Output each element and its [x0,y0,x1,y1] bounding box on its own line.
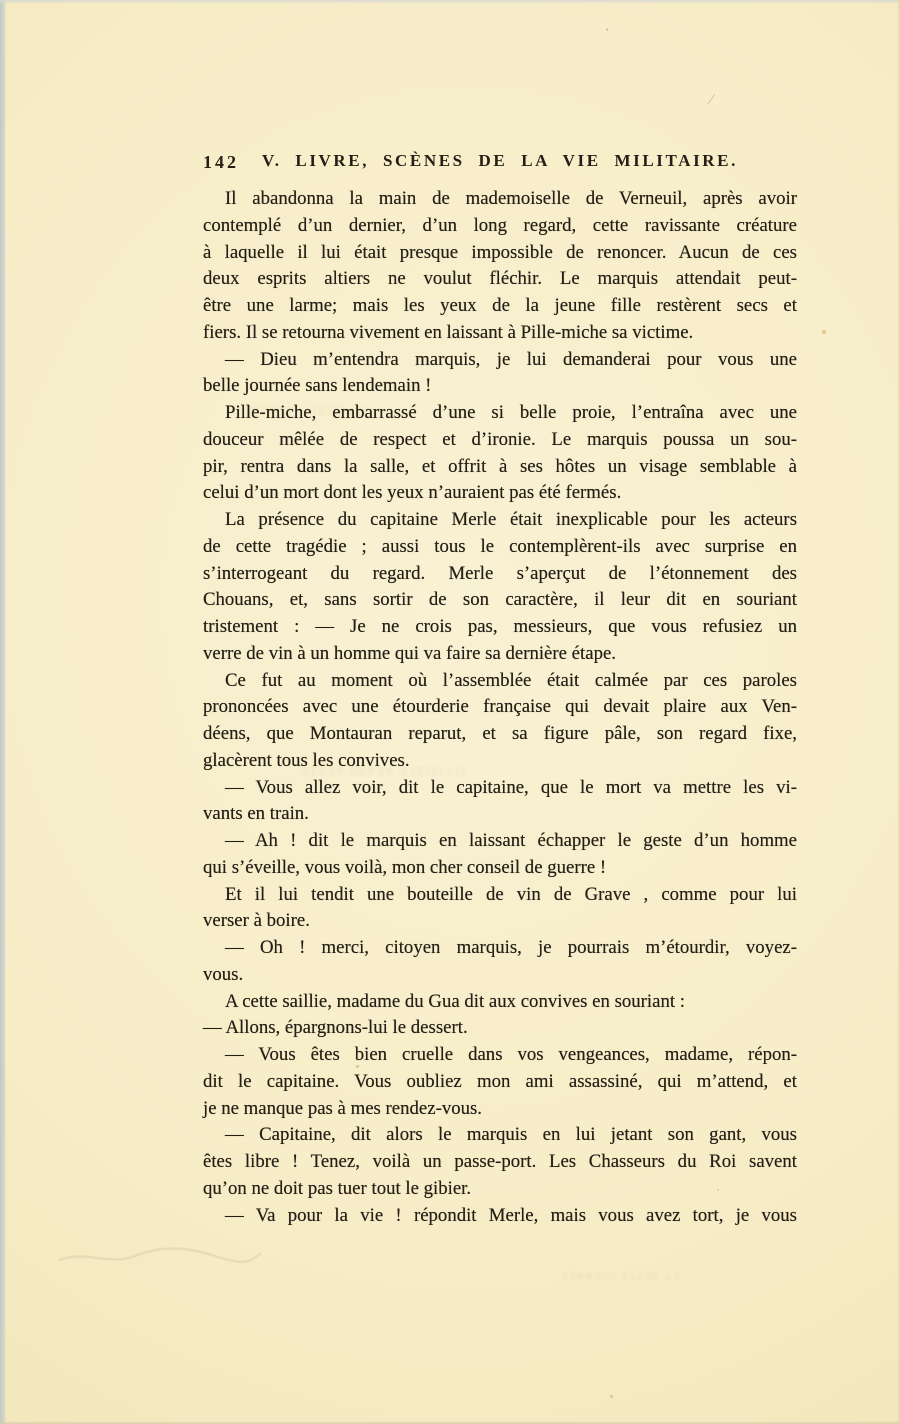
text-line: dit le capitaine. Vous oubliez mon ami a… [203,1069,797,1096]
text-line: Il abandonna la main de mademoiselle de … [203,186,797,213]
text-line: — Va pour la vie ! répondit Merle, mais … [203,1203,797,1230]
text-line: verre de vin à un homme qui va faire sa … [203,641,797,668]
text-line: — Vous êtes bien cruelle dans vos vengea… [203,1042,797,1069]
text-line: être une larme; mais les yeux de la jeun… [203,293,797,320]
text-line: vous. [203,962,797,989]
scan-edge-left [0,0,6,1424]
running-title: V. LIVRE, SCÈNES DE LA VIE MILITAIRE. [203,151,797,171]
text-line: celui d’un mort dont les yeux n’auraient… [203,480,797,507]
text-line: de cette tragédie ; aussi tous le contem… [203,534,797,561]
text-line: Et il lui tendit une bouteille de vin de… [203,882,797,909]
text-line: s’interrogeant du regard. Merle s’aperçu… [203,561,797,588]
text-line: glacèrent tous les convives. [203,748,797,775]
text-line: déens, que Montauran reparut, et sa figu… [203,721,797,748]
text-line: belle journée sans lendemain ! [203,373,797,400]
text-line: vants en train. [203,801,797,828]
ghost-scribble [55,1232,265,1272]
bleed-through-ghost: ʟᴀ ʙᴇʟʟᴇ ᴊᴏᴜʀɴᴇ́ᴇ [560,1268,679,1285]
text-line: La présence du capitaine Merle était ine… [203,507,797,534]
text-line: tristement : — Je ne crois pas, messieur… [203,614,797,641]
text-line: — Vous allez voir, dit le capitaine, que… [203,775,797,802]
pencil-mark: ʻ [605,24,609,40]
text-line: — Dieu m’entendra marquis, je lui demand… [203,347,797,374]
text-line: qu’on ne doit pas tuer tout le gibier. [203,1176,797,1203]
running-head: 142 V. LIVRE, SCÈNES DE LA VIE MILITAIRE… [203,151,797,177]
text-line: fiers. Il se retourna vivement en laissa… [203,320,797,347]
pencil-mark: ⁄ [710,92,713,109]
foxing-speck [610,1395,613,1398]
text-line: Ce fut au moment où l’assemblée était ca… [203,668,797,695]
text-line: prononcées avec une étourderie française… [203,694,797,721]
text-line: verser à boire. [203,908,797,935]
text-line: je ne manque pas à mes rendez-vous. [203,1096,797,1123]
text-line: — Oh ! merci, citoyen marquis, je pourra… [203,935,797,962]
text-line: Chouans, et, sans sortir de son caractèr… [203,587,797,614]
text-line: douceur mêlée de respect et d’ironie. Le… [203,427,797,454]
text-line: — Capitaine, dit alors le marquis en lui… [203,1122,797,1149]
scan-edge-top [0,0,900,4]
foxing-speck [822,330,826,334]
text-line: — Allons, épargnons-lui le dessert. [203,1015,797,1042]
body-text-block: Il abandonna la main de mademoiselle de … [203,186,797,1229]
foxing-speck [356,1065,359,1068]
text-line: A cette saillie, madame du Gua dit aux c… [203,989,797,1016]
text-line: qui s’éveille, vous voilà, mon cher cons… [203,855,797,882]
book-page-scan: 142 V. LIVRE, SCÈNES DE LA VIE MILITAIRE… [0,0,900,1424]
text-line: êtes libre ! Tenez, voilà un passe-port.… [203,1149,797,1176]
pencil-mark: · [716,1182,720,1198]
text-line: contemplé d’un dernier, d’un long regard… [203,213,797,240]
text-line: — Ah ! dit le marquis en laissant échapp… [203,828,797,855]
text-line: Pille-miche, embarrassé d’une si belle p… [203,400,797,427]
text-line: à laquelle il lui était presque impossib… [203,240,797,267]
text-line: pir, rentra dans la salle, et offrit à s… [203,454,797,481]
text-line: deux esprits altiers ne voulut fléchir. … [203,266,797,293]
